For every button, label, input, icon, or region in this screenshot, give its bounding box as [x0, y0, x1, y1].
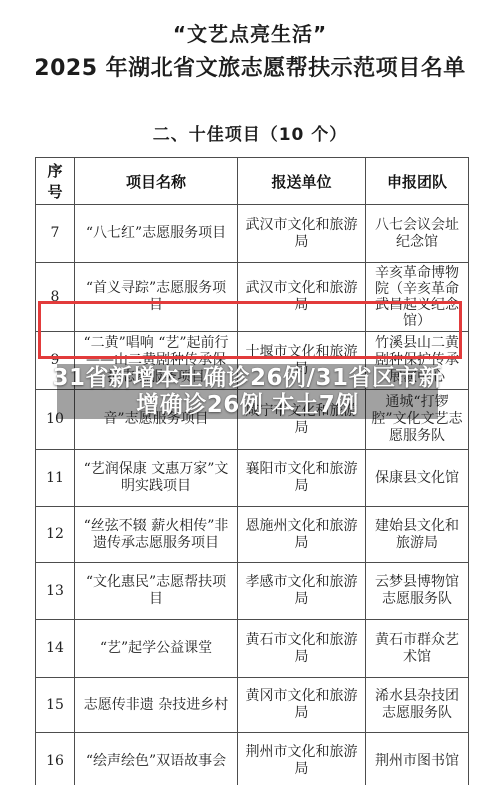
- cell-unit: 孝感市文化和旅游局: [238, 563, 366, 620]
- table-row-highlighted: 9 “二黄”唱响 “艺”起前行——山二黄剧种传承保护志愿服务项目 十堰市文化和旅…: [36, 332, 469, 390]
- cell-unit: 咸宁市文化和旅游局: [238, 390, 366, 450]
- cell-name: “八七红”志愿服务项目: [75, 205, 238, 263]
- cell-index: 13: [36, 563, 75, 620]
- cell-name: 音”志愿服务项目: [75, 390, 238, 450]
- table-row: 7 “八七红”志愿服务项目 武汉市文化和旅游局 八七会议会址纪念馆: [36, 205, 469, 263]
- cell-unit: 襄阳市文化和旅游局: [238, 450, 366, 507]
- cell-unit: 荆州市文化和旅游局: [238, 733, 366, 785]
- table-row: 14 “艺”起学公益课堂 黄石市文化和旅游局 黄石市群众艺术馆: [36, 620, 469, 678]
- document-page: “文艺点亮生活” 2025 年湖北省文旅志愿帮扶示范项目名单 二、十佳项目（10…: [0, 0, 500, 785]
- cell-unit: 黄石市文化和旅游局: [238, 620, 366, 678]
- cell-unit: 武汉市文化和旅游局: [238, 205, 366, 263]
- cell-name: “文化惠民”志愿帮扶项目: [75, 563, 238, 620]
- cell-team: 竹溪县山二黄剧种保护传承展演中心: [366, 332, 469, 390]
- cell-team: 黄石市群众艺术馆: [366, 620, 469, 678]
- cell-team: 八七会议会址纪念馆: [366, 205, 469, 263]
- cell-index: 7: [36, 205, 75, 263]
- cell-index: 11: [36, 450, 75, 507]
- cell-index: 15: [36, 678, 75, 733]
- cell-index: 12: [36, 507, 75, 563]
- cell-team: 通城“打锣腔”文化文艺志愿服务队: [366, 390, 469, 450]
- header-project-name: 项目名称: [75, 158, 238, 205]
- table-header-row: 序号 项目名称 报送单位 申报团队: [36, 158, 469, 205]
- cell-name: 志愿传非遗 杂技进乡村: [75, 678, 238, 733]
- cell-index: 16: [36, 733, 75, 785]
- table-row: 12 “丝弦不辍 薪火相传”非遗传承志愿服务项目 恩施州文化和旅游局 建始县文化…: [36, 507, 469, 563]
- cell-index: 14: [36, 620, 75, 678]
- document-title-line1: “文艺点亮生活”: [0, 18, 500, 47]
- cell-team: 荆州市图书馆: [366, 733, 469, 785]
- cell-index: 8: [36, 263, 75, 332]
- table-row-obscured: 10 音”志愿服务项目 咸宁市文化和旅游局 通城“打锣腔”文化文艺志愿服务队: [36, 390, 469, 450]
- cell-index: 10: [36, 390, 75, 450]
- cell-name: “首义寻踪”志愿服务项目: [75, 263, 238, 332]
- header-unit: 报送单位: [238, 158, 366, 205]
- cell-unit: 十堰市文化和旅游局: [238, 332, 366, 390]
- document-title-line2: 2025 年湖北省文旅志愿帮扶示范项目名单: [0, 51, 500, 82]
- projects-table: 序号 项目名称 报送单位 申报团队 7 “八七红”志愿服务项目 武汉市文化和旅游…: [35, 157, 469, 785]
- cell-name: “丝弦不辍 薪火相传”非遗传承志愿服务项目: [75, 507, 238, 563]
- cell-name: “绘声绘色”双语故事会: [75, 733, 238, 785]
- section-heading: 二、十佳项目（10 个）: [0, 120, 500, 145]
- cell-team: 建始县文化和旅游局: [366, 507, 469, 563]
- cell-unit: 恩施州文化和旅游局: [238, 507, 366, 563]
- table-row: 13 “文化惠民”志愿帮扶项目 孝感市文化和旅游局 云梦县博物馆志愿服务队: [36, 563, 469, 620]
- table-row: 15 志愿传非遗 杂技进乡村 黄冈市文化和旅游局 浠水县杂技团志愿服务队: [36, 678, 469, 733]
- cell-unit: 武汉市文化和旅游局: [238, 263, 366, 332]
- cell-name: “艺”起学公益课堂: [75, 620, 238, 678]
- cell-team: 云梦县博物馆志愿服务队: [366, 563, 469, 620]
- cell-name: “艺润保康 文惠万家”文明实践项目: [75, 450, 238, 507]
- cell-team: 辛亥革命博物院（辛亥革命武昌起义纪念馆）: [366, 263, 469, 332]
- cell-unit: 黄冈市文化和旅游局: [238, 678, 366, 733]
- header-index: 序号: [36, 158, 75, 205]
- header-team: 申报团队: [366, 158, 469, 205]
- table-row: 8 “首义寻踪”志愿服务项目 武汉市文化和旅游局 辛亥革命博物院（辛亥革命武昌起…: [36, 263, 469, 332]
- cell-name: “二黄”唱响 “艺”起前行——山二黄剧种传承保护志愿服务项目: [75, 332, 238, 390]
- cell-team: 保康县文化馆: [366, 450, 469, 507]
- cell-team: 浠水县杂技团志愿服务队: [366, 678, 469, 733]
- cell-index: 9: [36, 332, 75, 390]
- table-row: 16 “绘声绘色”双语故事会 荆州市文化和旅游局 荆州市图书馆: [36, 733, 469, 785]
- table-row: 11 “艺润保康 文惠万家”文明实践项目 襄阳市文化和旅游局 保康县文化馆: [36, 450, 469, 507]
